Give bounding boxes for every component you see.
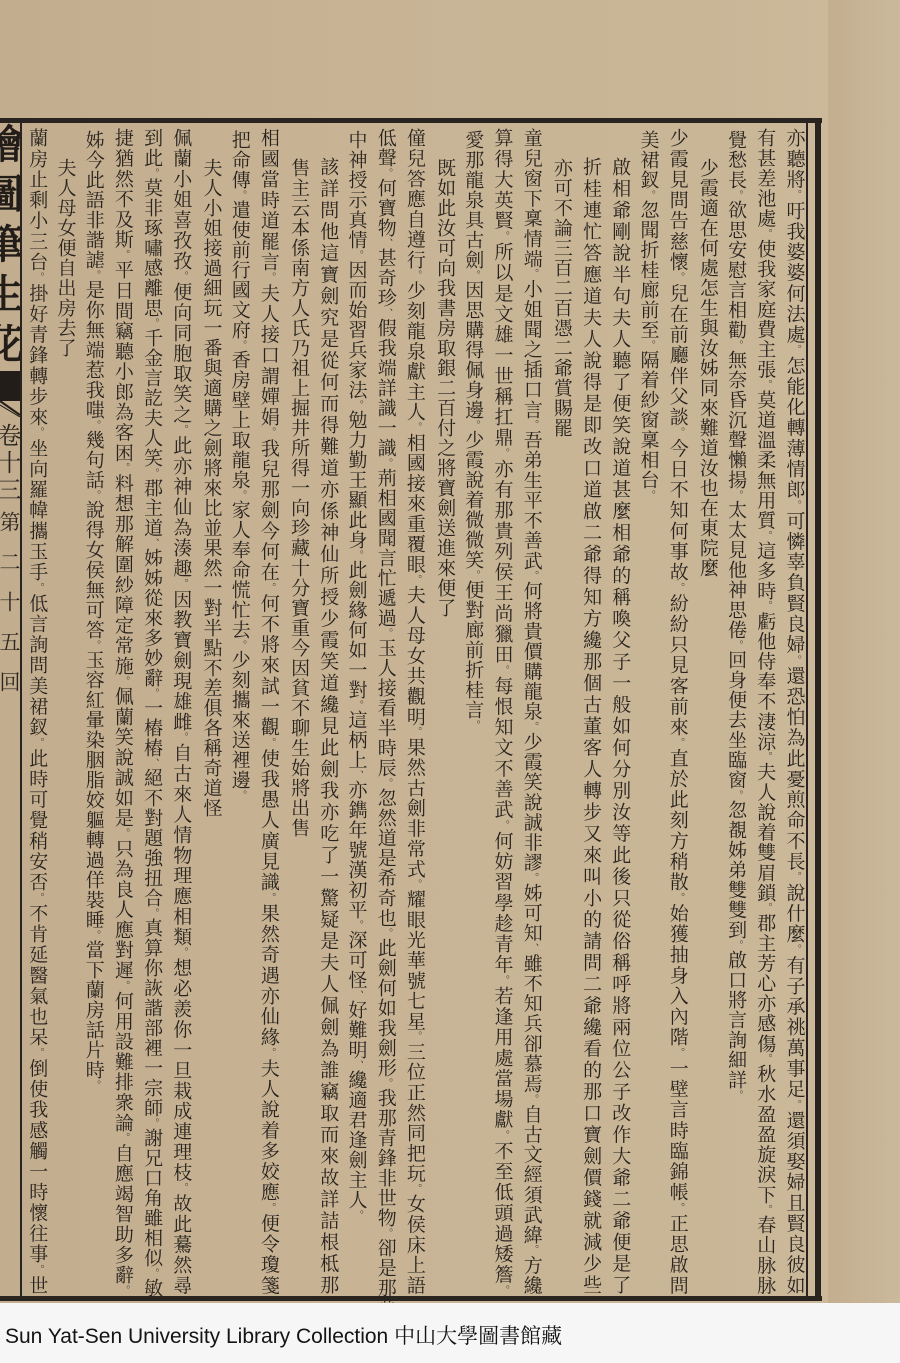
punctuation-mark: 。 xyxy=(118,1285,129,1295)
punctuation-mark: 。 xyxy=(498,975,509,986)
punctuation-mark: 。 xyxy=(468,420,479,430)
punctuation-mark: 。 xyxy=(731,190,742,200)
text-column: 童兒窗下稟情端。小姐聞之插口言。吾弟生平不善武。何將貴價購龍泉。少霞笑說誠非謬。… xyxy=(518,128,547,1295)
text-column: 夫人母女便自出房去了 xyxy=(51,158,80,358)
punctuation-mark: 。 xyxy=(147,318,158,328)
punctuation-mark: 。 xyxy=(89,1080,100,1090)
text-column: 亦聽將。吁我婆婆何法處。怎能化轉薄情郎。可憐辜負賢良婦。還恐怕為此憂煎命不長。說… xyxy=(781,128,810,1295)
punctuation-mark: 。 xyxy=(147,1268,158,1278)
punctuation-mark: 。 xyxy=(89,270,100,280)
punctuation-mark: 。 xyxy=(147,468,158,478)
punctuation-mark: 、 xyxy=(352,770,363,780)
punctuation-mark: 、 xyxy=(381,308,392,318)
punctuation-mark: 。 xyxy=(760,530,771,540)
punctuation-mark: 。 xyxy=(176,1183,187,1193)
punctuation-mark: 。 xyxy=(381,628,392,638)
text-column: 少霞適在何處怎生與汝姊同來難道汝也在東院麼 xyxy=(693,158,722,578)
punctuation-mark: 。 xyxy=(673,737,684,748)
punctuation-mark: 。 xyxy=(264,737,275,748)
punctuation-mark: 。 xyxy=(32,1048,43,1059)
text-column: 亦可不論三百二百憑二爺賞賜罷 xyxy=(547,158,576,438)
punctuation-mark: 。 xyxy=(410,1184,421,1194)
text-column: 夫人小姐接過細玩一番與適購之劍將來比並果然一對半點不差俱各稱奇道怪 xyxy=(197,158,226,818)
text-column: 覺愁長。欲思安慰言相勸。無奈昏沉聲懶揚。太太見他神思倦。回身便去坐臨窗。忽覩姊弟… xyxy=(722,130,751,1100)
text-column: 既如此汝可向我書房取銀二百付之將寶劍送進來便了 xyxy=(430,158,459,618)
punctuation-mark: 。 xyxy=(760,601,771,611)
punctuation-mark: 。 xyxy=(264,427,275,438)
punctuation-mark: 、 xyxy=(147,758,158,768)
punctuation-mark: 。 xyxy=(673,582,684,593)
punctuation-mark: 。 xyxy=(468,270,479,280)
punctuation-mark: 。 xyxy=(147,908,158,918)
punctuation-mark: 。 xyxy=(790,500,801,511)
text-column: 折桂連忙答應道夫人說得是即改口道啟二爺得知方纔那個古董客人轉步又來叫小的請問二爺… xyxy=(576,157,605,1295)
punctuation-mark: 。 xyxy=(410,575,421,585)
punctuation-mark: 。 xyxy=(644,340,655,350)
punctuation-mark: 。 xyxy=(790,944,801,955)
punctuation-mark: 。 xyxy=(352,250,363,260)
punctuation-mark: 。 xyxy=(381,928,392,938)
punctuation-mark: 。 xyxy=(89,930,100,940)
punctuation-mark: 。 xyxy=(731,490,742,500)
punctuation-mark: 。 xyxy=(264,1203,275,1214)
library-caption: Sun Yat-Sen University Library Collectio… xyxy=(5,1320,562,1350)
punctuation-mark: 。 xyxy=(410,422,421,432)
punctuation-mark: 。 xyxy=(410,1031,421,1041)
punctuation-mark: 。 xyxy=(235,640,246,650)
text-column: 售主云本係南方人氏乃祖上掘井所得一向珍藏十分寶重今因貧不聊生始將出售 xyxy=(284,158,313,838)
punctuation-mark: 。 xyxy=(89,420,100,430)
punctuation-mark: 。 xyxy=(352,1210,363,1220)
punctuation-mark: 。 xyxy=(118,1133,129,1143)
punctuation-mark: 。 xyxy=(264,272,275,283)
punctuation-mark: 。 xyxy=(790,872,801,883)
punctuation-mark: 。 xyxy=(176,947,187,957)
punctuation-mark: 。 xyxy=(32,427,43,438)
punctuation-mark: 。 xyxy=(673,427,684,438)
punctuation-mark: 。 xyxy=(176,425,187,435)
text-column: 低聲。何寶物、甚奇珍、假我端詳識一識。荊相國聞言忙遞過。玉人接看半時辰。忽然道是… xyxy=(372,128,401,1295)
text-column: 到此。莫非琢嘯感離思。千金言訖夫人笑。郡主道、姊姊從來多妙辭。一樁樁、絕不對題強… xyxy=(138,128,167,1295)
punctuation-mark: 。 xyxy=(790,1099,801,1110)
punctuation-mark: 。 xyxy=(147,1118,158,1128)
punctuation-mark: 。 xyxy=(760,903,771,913)
punctuation-mark: 。 xyxy=(352,400,363,410)
punctuation-mark: 、 xyxy=(527,943,538,953)
punctuation-mark: 。 xyxy=(790,655,801,666)
punctuation-mark: 。 xyxy=(381,778,392,788)
punctuation-mark: 。 xyxy=(527,571,538,581)
punctuation-mark: 。 xyxy=(498,231,509,242)
punctuation-mark: 。 xyxy=(235,340,246,350)
punctuation-mark: 。 xyxy=(235,790,246,800)
text-column: 僮兒答應自遵行。少刻龍泉獻主人。相國接來重覆眼。夫人母女共觀明。果然古劍非常式。… xyxy=(401,128,430,1295)
punctuation-mark: 。 xyxy=(118,828,129,838)
punctuation-mark: 。 xyxy=(527,873,538,883)
punctuation-mark: 。 xyxy=(32,272,43,283)
punctuation-mark: 。 xyxy=(760,229,771,239)
punctuation-mark: 。 xyxy=(352,700,363,710)
punctuation-mark: 。 xyxy=(498,1130,509,1141)
punctuation-mark: 。 xyxy=(264,893,275,904)
punctuation-mark: 。 xyxy=(731,940,742,950)
punctuation-mark: 。 xyxy=(673,272,684,283)
punctuation-mark: 。 xyxy=(527,1094,538,1104)
text-column: 算得大英賢。所以是文雄一世稱扛鼎。亦有那貴列侯王尚獵田。每恨知文不善武。何妨習學… xyxy=(489,128,518,1295)
punctuation-mark: 。 xyxy=(468,570,479,580)
punctuation-mark: 。 xyxy=(381,1228,392,1238)
punctuation-mark: 。 xyxy=(352,550,363,560)
punctuation-mark: 。 xyxy=(498,1285,509,1295)
punctuation-mark: 。 xyxy=(147,168,158,178)
punctuation-mark: 、 xyxy=(381,238,392,248)
text-column: 蘭房止剩小三台。掛好青鋒轉步來。坐向羅幃攜玉手。低言詢問美裙釵。此時可覺稍安否。… xyxy=(23,128,52,1295)
punctuation-mark: 、 xyxy=(147,538,158,548)
chapter-label: 第二十五回 xyxy=(0,511,20,711)
punctuation-mark: 。 xyxy=(760,1054,771,1064)
punctuation-mark: 。 xyxy=(32,582,43,593)
punctuation-mark: 。 xyxy=(118,676,129,686)
punctuation-mark: 。 xyxy=(468,720,479,730)
punctuation-mark: 。 xyxy=(176,579,187,589)
punctuation-mark: 。 xyxy=(498,820,509,831)
text-column: 啟相爺剛說半句夫人聽了便笑說道甚麼相爺的稱喚父子一般如何分別汝等此後只從俗稱呼將… xyxy=(605,157,634,1295)
punctuation-mark: 。 xyxy=(352,920,363,930)
text-column: 少霞見問告慈懷。兒在前廳伴父談。今日不知何事故。紛紛只見客前來。直於此刻方稍散。… xyxy=(664,128,693,1295)
punctuation-mark: 。 xyxy=(176,732,187,742)
book-title: 繪圖筆生花 xyxy=(0,123,20,373)
punctuation-mark: 。 xyxy=(760,752,771,762)
punctuation-mark: 。 xyxy=(644,190,655,200)
punctuation-mark: 。 xyxy=(673,1048,684,1059)
text-column: 美裙釵。忽聞折桂廊前至。隔着紗窗稟相台。 xyxy=(635,130,664,500)
punctuation-mark: 。 xyxy=(89,640,100,650)
punctuation-mark: 。 xyxy=(381,1078,392,1088)
punctuation-mark: 。 xyxy=(118,463,129,473)
punctuation-mark: 。 xyxy=(32,737,43,748)
punctuation-mark: 。 xyxy=(264,1048,275,1059)
punctuation-mark: 。 xyxy=(760,1205,771,1215)
text-column: 有甚差池處。使我家庭費主張。莫道溫柔無用質。這多時。虧他侍奉不淒涼。夫人說着雙眉… xyxy=(751,128,780,1295)
punctuation-mark: 。 xyxy=(790,345,801,356)
text-column: 捷猶然不及斯。平日間竊聽小郎為客困。料想那解圍紗障定常施。佩蘭笑說誠如是。只為良… xyxy=(109,128,138,1295)
punctuation-mark: 。 xyxy=(176,271,187,281)
punctuation-mark: 、 xyxy=(352,1060,363,1070)
punctuation-mark: 。 xyxy=(381,168,392,178)
punctuation-mark: 。 xyxy=(235,190,246,200)
fishtail-ornament-icon xyxy=(0,371,20,417)
punctuation-mark: 。 xyxy=(731,790,742,800)
punctuation-mark: 。 xyxy=(147,688,158,698)
punctuation-mark: 。 xyxy=(498,448,509,459)
punctuation-mark: 。 xyxy=(731,640,742,650)
punctuation-mark: 。 xyxy=(731,340,742,350)
punctuation-mark: 。 xyxy=(89,490,100,500)
right-border-thick xyxy=(815,118,821,1301)
punctuation-mark: 。 xyxy=(790,190,801,201)
punctuation-mark: 。 xyxy=(527,722,538,732)
punctuation-mark: 。 xyxy=(235,490,246,500)
text-column: 中神授示真情。因而始習兵家法。勉力勤王顯此身。此劍緣何如一對。這柄上、亦鐫年號漢… xyxy=(343,130,372,1220)
punctuation-mark: 。 xyxy=(673,1203,684,1214)
punctuation-mark: 。 xyxy=(644,490,655,500)
bottom-border xyxy=(0,1296,822,1301)
punctuation-mark: 。 xyxy=(410,879,421,889)
text-column: 愛那龍泉具古劍。因思購得佩身邊。少霞說着微微笑。便對廊前折桂言。 xyxy=(459,130,488,730)
punctuation-mark: 。 xyxy=(118,981,129,991)
punctuation-mark: 。 xyxy=(527,269,538,279)
punctuation-mark: 。 xyxy=(410,727,421,737)
punctuation-mark: 。 xyxy=(731,1090,742,1100)
volume-label: 卷十三 xyxy=(0,423,20,504)
punctuation-mark: 。 xyxy=(673,893,684,904)
punctuation-mark: 。 xyxy=(381,458,392,468)
text-column: 姊今此語非諧謔。是你無端惹我嗤。幾句話。說得女侯無可答。玉容紅暈染胭脂姣軀轉過佯… xyxy=(80,130,109,1090)
text-column: 把命傳。遣使前行國文府。香房壁上取龍泉。家人奉命慌忙去。少刻攜來送裡邊。 xyxy=(226,130,255,800)
punctuation-mark: 、 xyxy=(352,990,363,1000)
punctuation-mark: 。 xyxy=(527,420,538,430)
punctuation-mark: 。 xyxy=(498,665,509,676)
punctuation-mark: 。 xyxy=(527,1245,538,1255)
text-column: 該詳問他這寶劍究是從何而得難道亦係神仙所授少霞笑道纔見此劍我亦吃了一驚疑是夫人佩… xyxy=(313,157,342,1295)
page-margin: 繪圖筆生花 卷十三 第二十五回 xyxy=(0,123,20,1298)
punctuation-mark: 。 xyxy=(264,582,275,593)
punctuation-mark: 。 xyxy=(32,1264,43,1275)
text-column: 佩蘭小姐喜孜孜。便向同胞取笑之。此亦神仙為湊趣。因教寶劍現雄雌。自古來人情物理應… xyxy=(167,128,196,1295)
punctuation-mark: 。 xyxy=(760,380,771,390)
page-edge xyxy=(828,0,900,1303)
punctuation-mark: 。 xyxy=(32,893,43,904)
punctuation-mark: 。 xyxy=(118,250,129,260)
top-border xyxy=(0,118,822,123)
punctuation-mark: 。 xyxy=(410,270,421,280)
text-column: 相國當時道罷言。夫人接口謂嬋娟。我兒那劍今何在。何不將來試一觀。使我愚人廣見識。… xyxy=(255,128,284,1295)
